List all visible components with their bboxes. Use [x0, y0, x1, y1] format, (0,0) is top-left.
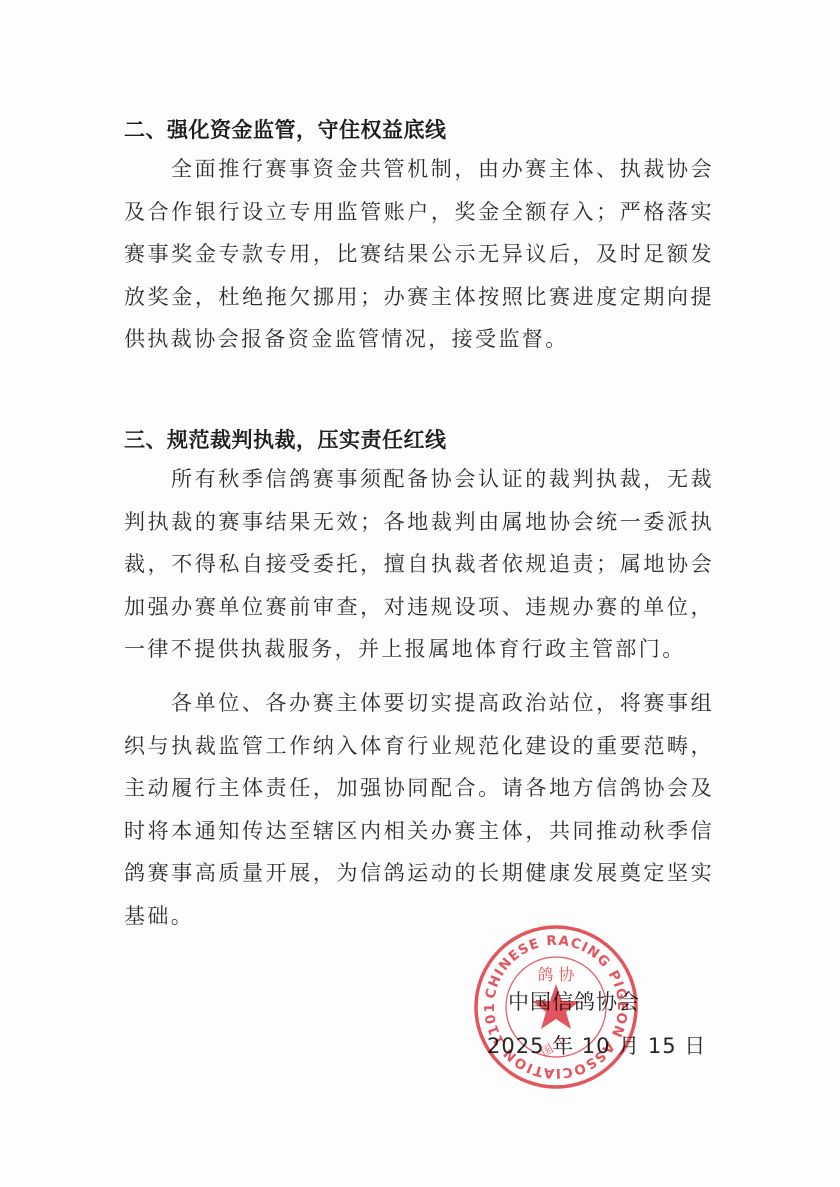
- paragraph-referee-regulation: 所有秋季信鸽赛事须配备协会认证的裁判执裁，无裁判执裁的赛事结果无效；各地裁判由属…: [124, 458, 714, 671]
- svg-text:鸽 协: 鸽 协: [537, 965, 575, 984]
- svg-text:国 中: 国 中: [538, 1033, 570, 1060]
- section-heading-funds: 二、强化资金监管，守住权益底线: [124, 114, 447, 144]
- section-heading-referee: 三、规范裁判执裁，压实责任红线: [124, 424, 447, 454]
- paragraph-closing-requirements: 各单位、各办赛主体要切实提高政治站位，将赛事组织与执裁监管工作纳入体育行业规范化…: [124, 682, 714, 938]
- document-page: 二、强化资金监管，守住权益底线 全面推行赛事资金共管机制，由办赛主体、执裁协会及…: [0, 0, 840, 1187]
- official-seal-icon: CHINESE RACING PIGEON ASSOCIATION 110101…: [471, 922, 641, 1092]
- paragraph-funds-supervision: 全面推行赛事资金共管机制，由办赛主体、执裁协会及合作银行设立专用监管账户，奖金全…: [124, 148, 714, 361]
